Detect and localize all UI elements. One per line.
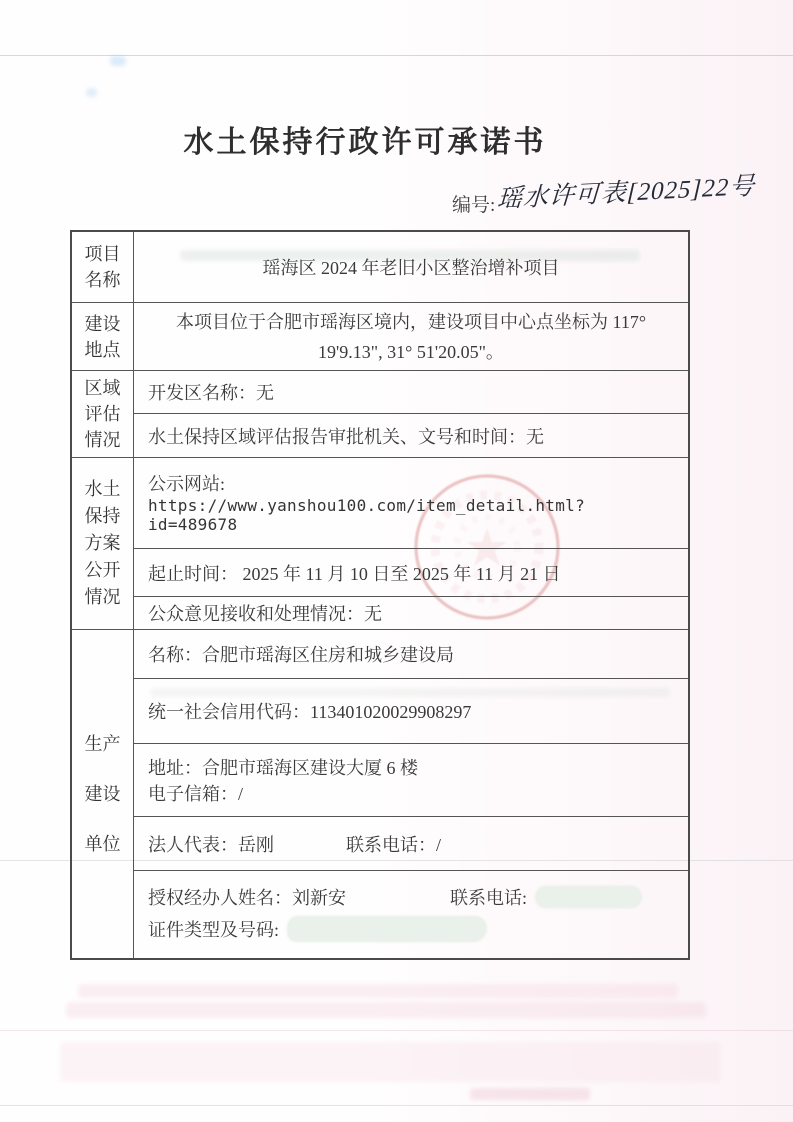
address-value: 地址：合肥市瑶海区建设大厦 6 楼 [148,754,418,780]
label-line: 方案 [85,530,121,557]
label-line: 建设 [85,311,121,337]
doc-number-label: 编号: [452,190,495,217]
scan-artifact-line [0,1105,793,1106]
scan-smudge [86,88,97,97]
label-line: 地点 [85,337,121,363]
commitment-table: 项目 名称 瑶海区 2024 年老旧小区整治增补项目 建设 地点 本项目位于合肥… [70,230,690,960]
website-url: https://www.yanshou100.com/item_detail.h… [148,496,674,534]
scan-bleedthrough [470,1088,590,1100]
location-line1: 本项目位于合肥市瑶海区境内，建设项目中心点坐标为 117° [176,307,646,337]
scan-bleedthrough [60,1042,720,1082]
row-label-location: 建设 地点 [72,303,134,370]
project-name-value: 瑶海区 2024 年老旧小区整治增补项目 [134,232,688,302]
agent-phone-label: 联系电话: [450,884,527,910]
table-row-project-name: 项目 名称 瑶海区 2024 年老旧小区整治增补项目 [72,232,688,302]
email-value: 电子信箱：/ [148,780,243,806]
publicity-period-value: 起止时间： 2025 年 11 月 10 日至 2025 年 11 月 21 日 [134,548,688,596]
public-opinion-value: 公众意见接收和处理情况：无 [134,596,688,629]
page-title: 水土保持行政许可承诺书 [0,117,730,161]
location-value: 本项目位于合肥市瑶海区境内，建设项目中心点坐标为 117° 19'9.13", … [134,303,688,370]
legal-rep-cell: 法人代表：岳刚 联系电话：/ [134,816,688,870]
label-line: 保持 [85,503,121,530]
id-type-label: 证件类型及号码: [148,916,279,942]
agent-cell: 授权经办人姓名：刘新安 联系电话: 证件类型及号码: [134,870,688,958]
credit-code-value: 统一社会信用代码：113401020029908297 [134,678,688,743]
label-line: 名称 [85,267,121,293]
label-line: 建设 [85,783,121,805]
row-label-producer: 生产 建设 单位 [72,630,134,958]
label-line: 评估 [85,401,121,427]
label-line: 单位 [85,833,121,855]
label-line: 项目 [85,241,121,267]
location-line2: 19'9.13", 31° 51'20.05"。 [318,337,504,367]
label-line: 生产 [85,733,121,755]
dev-zone-value: 开发区名称：无 [134,371,688,413]
scanned-document-page: 水土保持行政许可承诺书 编号: 瑶水许可表[2025]22号 项目 名称 瑶海区… [0,0,793,1122]
website-label: 公示网站: [148,470,225,496]
publicity-website-cell: 公示网站: https://www.yanshou100.com/item_de… [134,458,688,548]
table-row-regional-assessment: 区域 评估 情况 开发区名称：无 水土保持区域评估报告审批机关、文号和时间：无 [72,370,688,457]
scan-artifact-line [0,1030,793,1031]
scan-artifact-line [0,55,793,56]
scan-smudge [110,56,126,66]
label-line: 水土 [85,476,121,503]
scan-bleedthrough [66,1002,706,1018]
redacted-phone-number [536,887,641,907]
table-row-producer: 生产 建设 单位 名称：合肥市瑶海区住房和城乡建设局 统一社会信用代码：1134… [72,629,688,958]
legal-rep-value: 法人代表：岳刚 [148,831,274,857]
redacted-id-number [288,917,486,941]
doc-number-handwritten: 瑶水许可表[2025]22号 [496,165,778,216]
row-label-regional-assessment: 区域 评估 情况 [72,371,134,457]
table-row-plan-publicity: 水土 保持 方案 公开 情况 公示网站: https://www.yanshou… [72,457,688,629]
table-row-location: 建设 地点 本项目位于合肥市瑶海区境内，建设项目中心点坐标为 117° 19'9… [72,302,688,370]
address-email-cell: 地址：合肥市瑶海区建设大厦 6 楼 电子信箱：/ [134,743,688,816]
scan-bleedthrough [78,984,678,998]
agent-name-value: 授权经办人姓名：刘新安 [148,884,346,910]
label-line: 情况 [85,427,121,453]
row-label-project-name: 项目 名称 [72,232,134,302]
label-line: 公开 [85,557,121,584]
legal-rep-phone-value: 联系电话：/ [346,831,441,857]
producer-name-value: 名称：合肥市瑶海区住房和城乡建设局 [134,630,688,678]
report-approval-value: 水土保持区域评估报告审批机关、文号和时间：无 [134,413,688,457]
label-line: 情况 [85,584,121,611]
label-line: 区域 [85,375,121,401]
row-label-plan-publicity: 水土 保持 方案 公开 情况 [72,458,134,629]
